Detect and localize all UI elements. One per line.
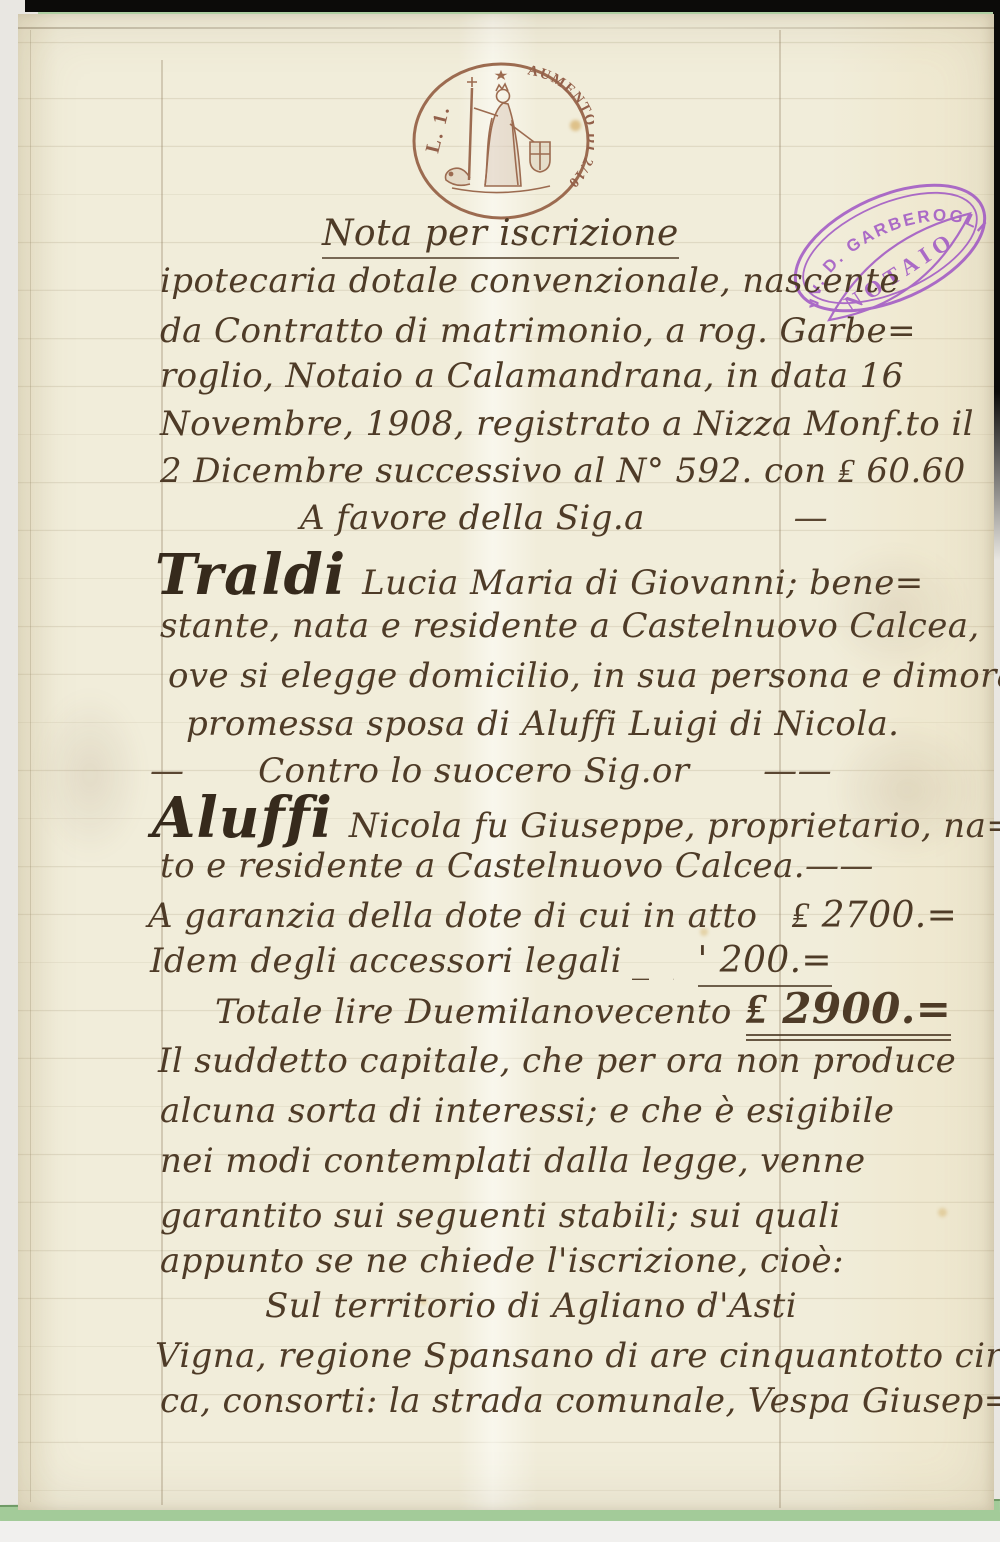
staff-icon: [467, 77, 477, 180]
scanner-background: [0, 1521, 1000, 1542]
line-text: 2 Dicembre successivo al N° 592. con ₤ 6…: [160, 451, 966, 491]
manuscript-line: to e residente a Castelnuovo Calcea. ——: [160, 844, 790, 888]
manuscript-line: alcuna sorta di interessi; e che è esigi…: [160, 1089, 894, 1133]
line-text: Idem degli accessori legali: [150, 939, 622, 983]
line-text: Totale lire Duemilanovecento: [215, 990, 732, 1034]
line-text: da Contratto di matrimonio, a rog. Garbe…: [160, 311, 916, 351]
shield-icon: [530, 142, 550, 172]
manuscript-line: ca, consorti: la strada comunale, Vespa …: [160, 1379, 1000, 1423]
line-text: roglio, Notaio a Calamandrana, in data 1…: [160, 356, 904, 396]
lion-icon: [446, 168, 471, 185]
line-text: stante, nata e residente a Castelnuovo C…: [160, 606, 980, 646]
manuscript-line: Il suddetto capitale, che per ora non pr…: [158, 1039, 956, 1083]
manuscript-line: appunto se ne chiede l'iscrizione, cioè:: [160, 1239, 844, 1283]
line-text: Sul territorio di Agliano d'Asti: [265, 1286, 797, 1326]
revenue-stamp-seal: L. 1. AUMENTO DI 2/10: [408, 58, 594, 226]
amount-line-dote: A garanzia della dote di cui in atto ...…: [148, 894, 832, 938]
manuscript-line-traldi: Traldi Lucia Maria di Giovanni; bene=: [155, 545, 924, 613]
scan-shadow-top: [25, 0, 1000, 12]
amount-value: ₤ 2700.=: [791, 894, 957, 938]
amount-line-accessori: Idem degli accessori legali _ _ _ _ _ ' …: [150, 939, 832, 987]
manuscript-line: ove si elegge domicilio, in sua persona …: [168, 654, 1000, 698]
manuscript-line: Novembre, 1908, registrato a Nizza Monf.…: [160, 402, 974, 446]
line-text: to e residente a Castelnuovo Calcea.: [160, 844, 805, 888]
manuscript-line: stante, nata e residente a Castelnuovo C…: [160, 604, 980, 648]
party-name-aluffi: Aluffi: [152, 788, 333, 848]
allegorical-figure-icon: [474, 72, 534, 186]
paper-crease: [18, 27, 994, 29]
foxing-spot: [938, 1208, 947, 1217]
amount-line-totale: Totale lire Duemilanovecento ₤ 2900.=: [215, 987, 838, 1041]
manuscript-line: da Contratto di matrimonio, a rog. Garbe…: [160, 309, 916, 353]
line-text: appunto se ne chiede l'iscrizione, cioè:: [160, 1241, 844, 1281]
manuscript-line: A favore della Sig.a —: [300, 496, 828, 540]
line-text: Vigna, regione Spansano di are cinquanto…: [155, 1336, 1000, 1376]
scanned-document-page: L. 1. AUMENTO DI 2/10 Avv. D. GARBEROGLI…: [0, 0, 1000, 1542]
manuscript-line: ipotecaria dotale convenzionale, nascent…: [160, 259, 900, 303]
title-text: Nota per iscrizione: [322, 213, 679, 259]
line-text: promessa sposa di Aluffi Luigi di Nicola…: [186, 704, 899, 744]
line-text: nei modi contemplati dalla legge, venne: [160, 1141, 866, 1181]
manuscript-line: Sul territorio di Agliano d'Asti: [265, 1284, 797, 1328]
line-dash: —: [794, 496, 828, 540]
line-dash: ——: [763, 749, 832, 793]
seal-denomination-label: L. 1.: [422, 103, 455, 155]
seal-surcharge-label: AUMENTO DI 2/10: [526, 62, 594, 191]
manuscript-line: 2 Dicembre successivo al N° 592. con ₤ 6…: [160, 449, 966, 493]
line-text: garantito sui seguenti stabili; sui qual…: [160, 1196, 841, 1236]
manuscript-line: nei modi contemplati dalla legge, venne: [160, 1139, 866, 1183]
manuscript-line: promessa sposa di Aluffi Luigi di Nicola…: [186, 702, 899, 746]
leader-dashes: _ _ _ _ _: [632, 939, 674, 983]
party-name-traldi: Traldi: [155, 545, 346, 605]
line-text: alcuna sorta di interessi; e che è esigi…: [160, 1091, 894, 1131]
under-page-edge: [30, 30, 31, 1502]
line-text: ca, consorti: la strada comunale, Vespa …: [160, 1381, 1000, 1421]
line-text: ove si elegge domicilio, in sua persona …: [168, 656, 1000, 696]
line-text: Il suddetto capitale, che per ora non pr…: [158, 1041, 956, 1081]
line-text: A favore della Sig.a: [300, 496, 645, 540]
line-text: ipotecaria dotale convenzionale, nascent…: [160, 261, 900, 301]
manuscript-line: Vigna, regione Spansano di are cinquanto…: [155, 1334, 1000, 1378]
amount-value: ' 200.=: [698, 939, 832, 987]
total-amount-value: ₤ 2900.=: [746, 987, 952, 1041]
manuscript-line: garantito sui seguenti stabili; sui qual…: [160, 1194, 841, 1238]
line-text: Novembre, 1908, registrato a Nizza Monf.…: [160, 404, 974, 444]
line-text: A garanzia della dote di cui in atto: [148, 894, 757, 938]
manuscript-title: Nota per iscrizione: [322, 212, 679, 256]
ink-bleedthrough: [35, 690, 145, 860]
line-dash: ——: [805, 844, 874, 888]
manuscript-line: roglio, Notaio a Calamandrana, in data 1…: [160, 354, 904, 398]
ground-line: [452, 186, 550, 193]
